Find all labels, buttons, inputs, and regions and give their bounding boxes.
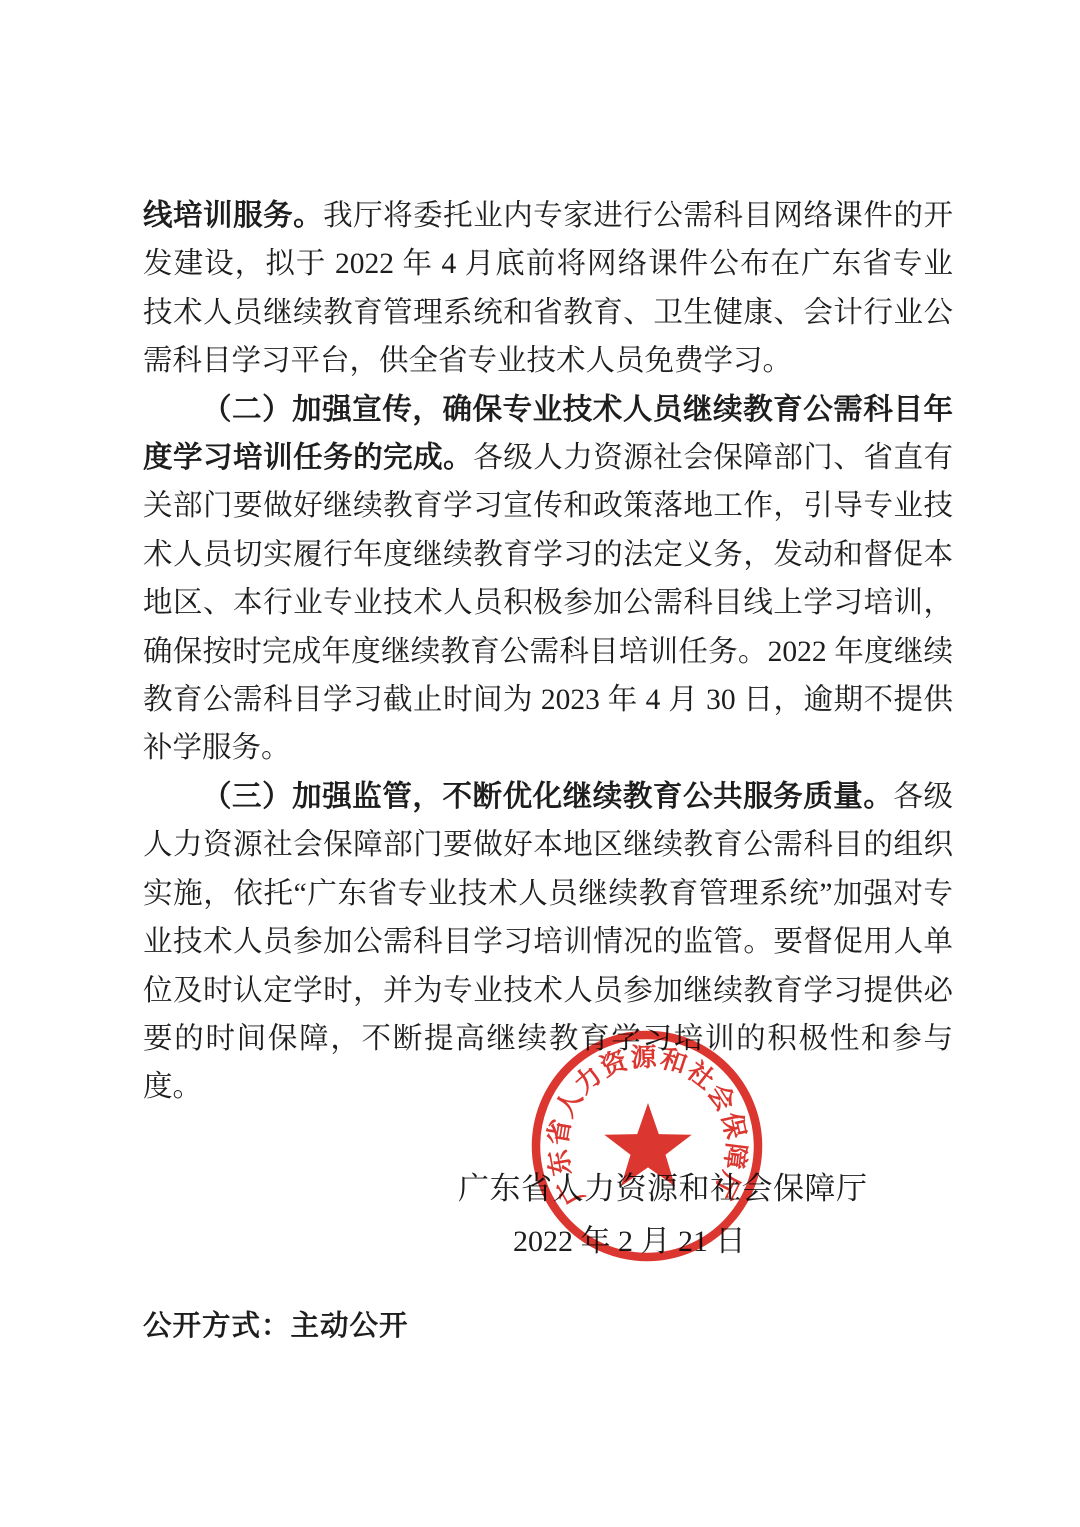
official-seal: 广东省人力资源和社会保障厅: [531, 1030, 763, 1262]
document-page: 线培训服务。我厅将委托业内专家进行公需科目网络课件的开发建设，拟于 2022 年…: [0, 0, 1080, 1527]
bold-lead-in: （三）加强监管，不断优化继续教育公共服务质量。: [202, 781, 893, 813]
seal-star-icon: [604, 1103, 691, 1186]
paragraph-text: 各级人力资源社会保障部门、省直有关部门要做好继续教育学习宣传和政策落地工作，引导…: [143, 442, 953, 764]
paragraph-online-training: 线培训服务。我厅将委托业内专家进行公需科目网络课件的开发建设，拟于 2022 年…: [143, 192, 953, 386]
disclosure-method: 公开方式：主动公开: [143, 1303, 409, 1344]
document-body: 线培训服务。我厅将委托业内专家进行公需科目网络课件的开发建设，拟于 2022 年…: [143, 192, 953, 1112]
bold-lead-in: 线培训服务。: [143, 200, 323, 232]
paragraph-strengthen-publicity: （二）加强宣传，确保专业技术人员继续教育公需科目年度学习培训任务的完成。各级人力…: [143, 386, 953, 773]
